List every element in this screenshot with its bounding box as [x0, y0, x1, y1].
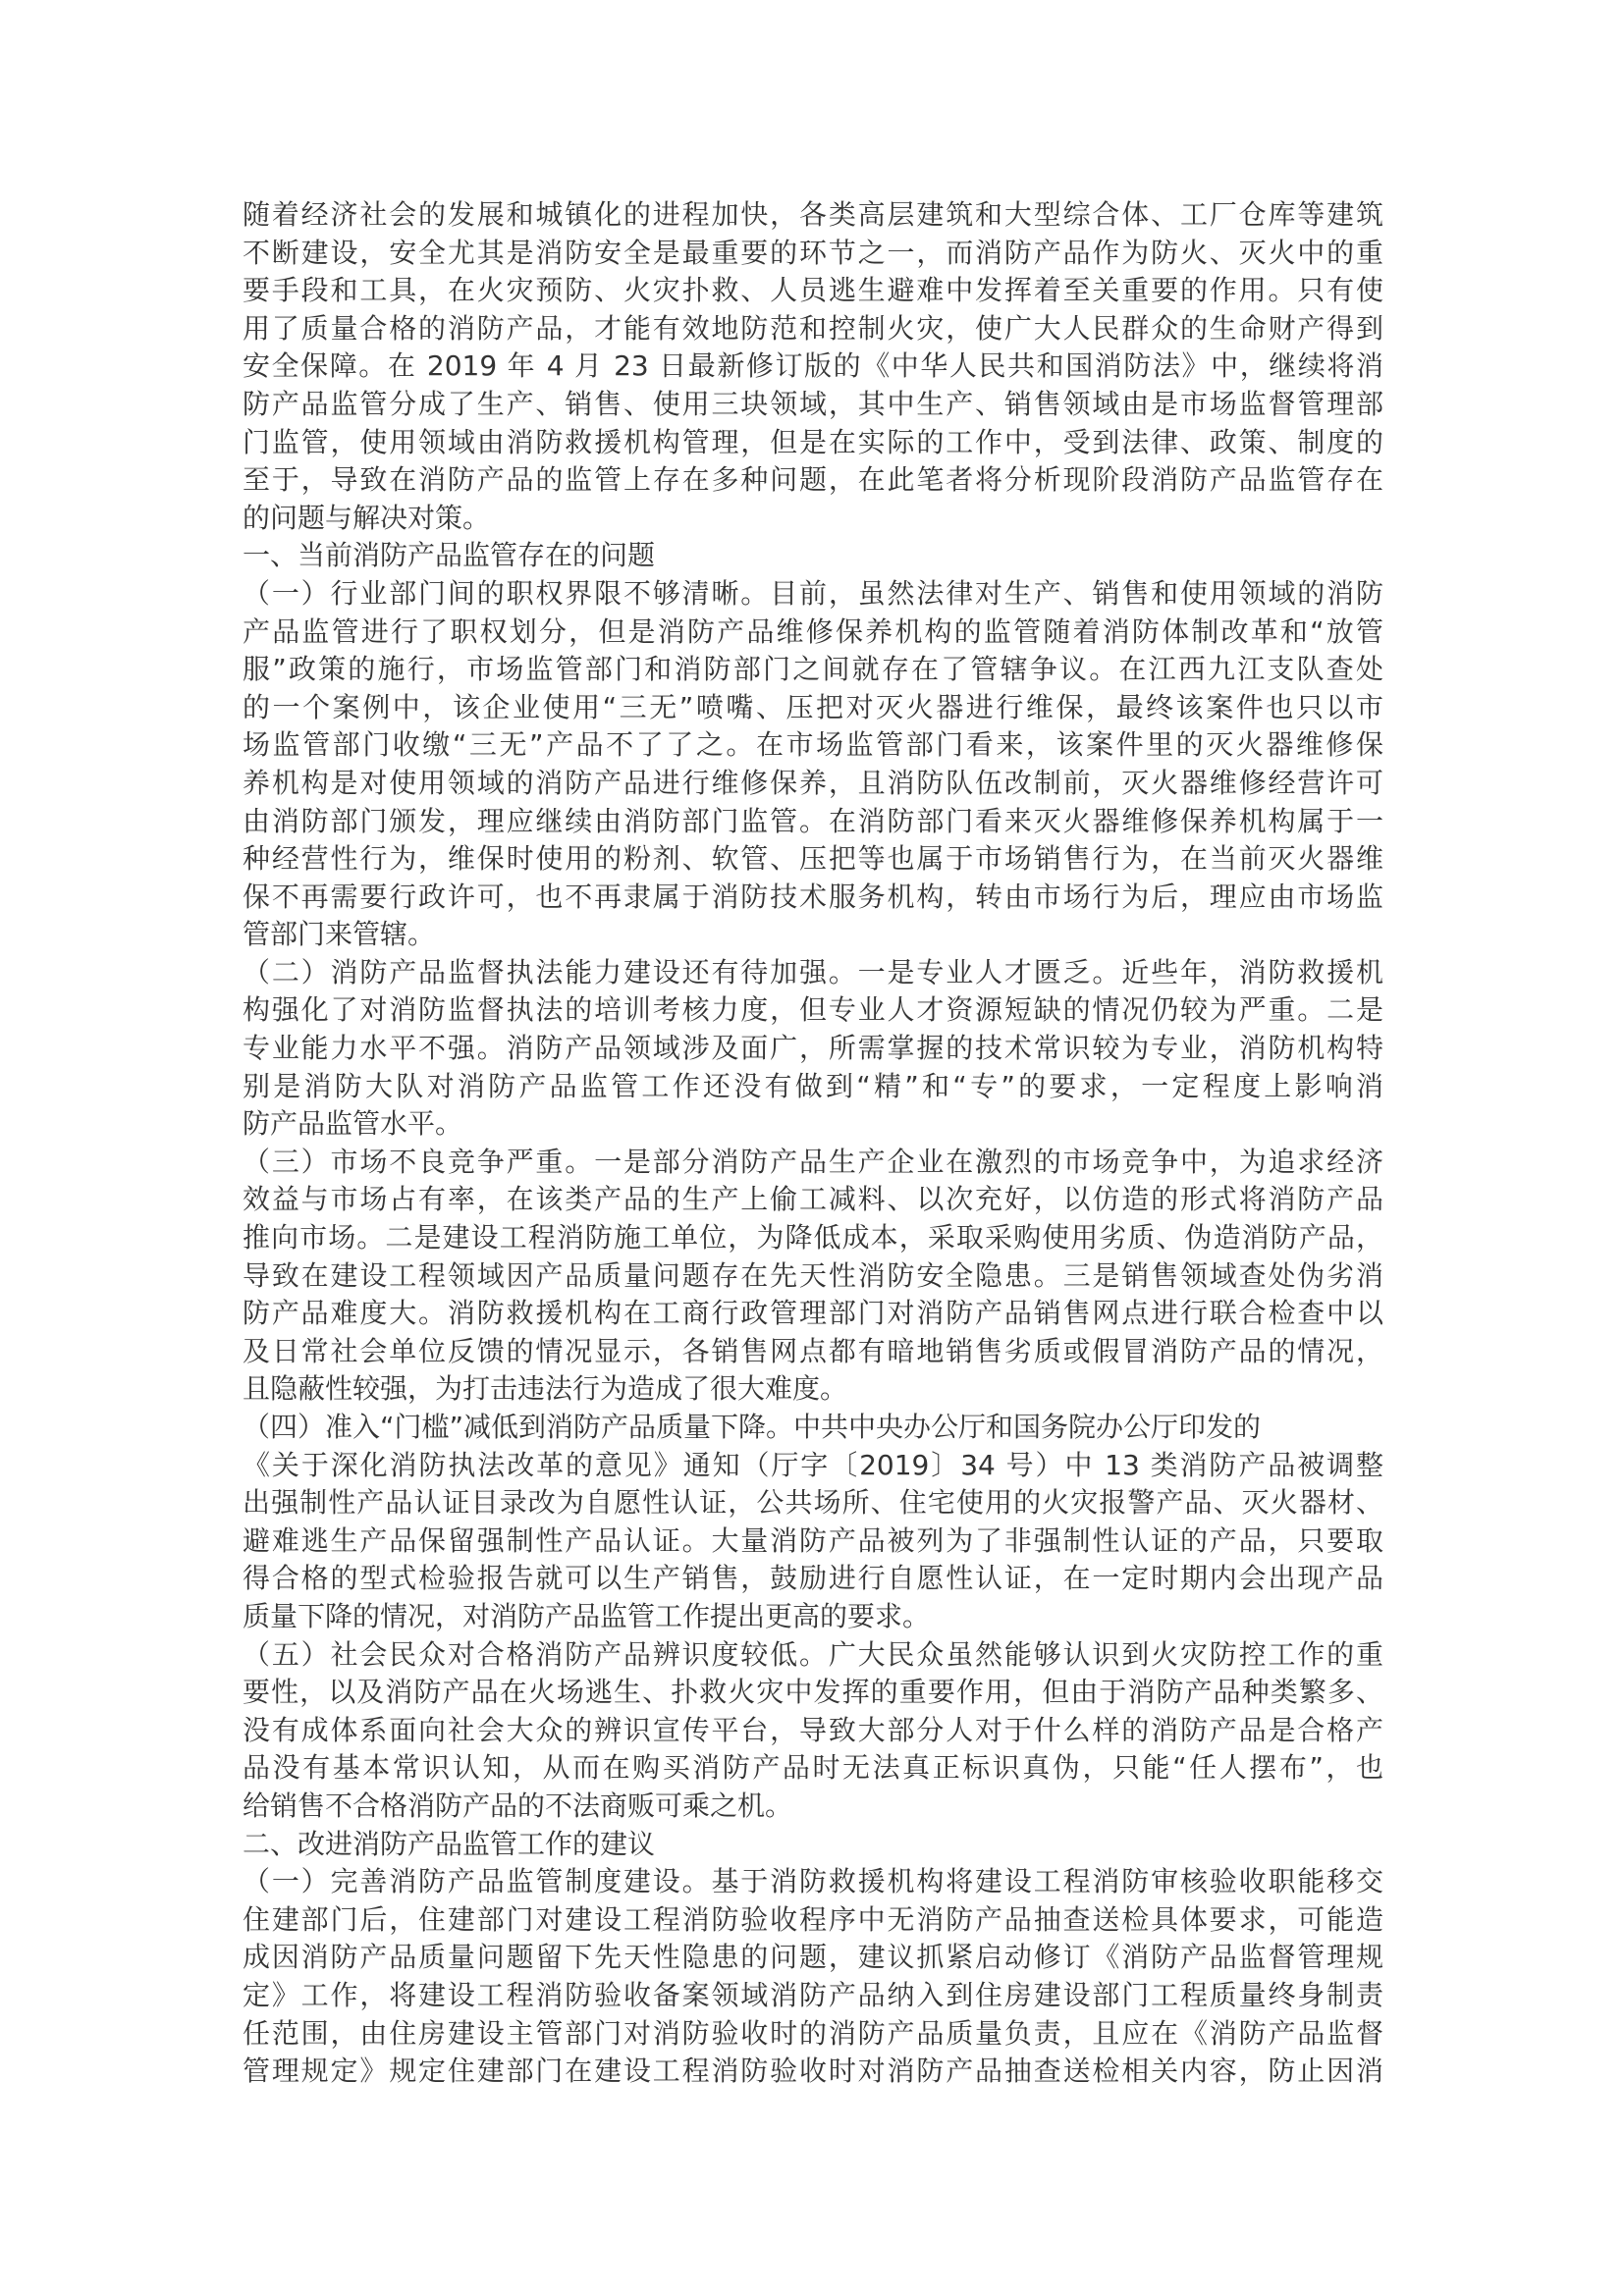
text-line: 避难逃生产品保留强制性产品认证。大量消防产品被列为了非强制性认证的产品，只要取	[243, 1522, 1383, 1561]
text-line: 推向市场。二是建设工程消防施工单位，为降低成本，采取采购使用劣质、伪造消防产品，	[243, 1219, 1383, 1257]
document-page: 随着经济社会的发展和城镇化的进程加快，各类高层建筑和大型综合体、工厂仓库等建筑 …	[243, 196, 1383, 2091]
section1-item-4: （四）准入“门槛”减低到消防产品质量下降。中共中央办公厅和国务院办公厅印发的 《…	[243, 1409, 1383, 1636]
intro-paragraph: 随着经济社会的发展和城镇化的进程加快，各类高层建筑和大型综合体、工厂仓库等建筑 …	[243, 196, 1383, 537]
text-line: 住建部门后，住建部门对建设工程消防验收程序中无消防产品抽查送检具体要求，可能造	[243, 1901, 1383, 1940]
text-line: 防产品难度大。消防救援机构在工商行政管理部门对消防产品销售网点进行联合检查中以	[243, 1295, 1383, 1333]
text-line: 不断建设，安全尤其是消防安全是最重要的环节之一，而消防产品作为防火、灭火中的重	[243, 235, 1383, 273]
text-line: （四）准入“门槛”减低到消防产品质量下降。中共中央办公厅和国务院办公厅印发的	[243, 1409, 1383, 1447]
text-line: 品没有基本常识认知，从而在购买消防产品时无法真正标识真伪，只能“任人摆布”，也	[243, 1749, 1383, 1788]
text-line: 场监管部门收缴“三无”产品不了了之。在市场监管部门看来，该案件里的灭火器维修保	[243, 726, 1383, 765]
text-line: 出强制性产品认证目录改为自愿性认证，公共场所、住宅使用的火灾报警产品、灭火器材、	[243, 1484, 1383, 1522]
text-line: 由消防部门颁发，理应继续由消防部门监管。在消防部门看来灭火器维修保养机构属于一	[243, 803, 1383, 841]
section1-item-5: （五）社会民众对合格消防产品辨识度较低。广大民众虽然能够认识到火灾防控工作的重 …	[243, 1636, 1383, 1826]
text-line: 随着经济社会的发展和城镇化的进程加快，各类高层建筑和大型综合体、工厂仓库等建筑	[243, 196, 1383, 235]
text-line: （一）行业部门间的职权界限不够清晰。目前，虽然法律对生产、销售和使用领域的消防	[243, 575, 1383, 614]
text-line: 得合格的型式检验报告就可以生产销售，鼓励进行自愿性认证，在一定时期内会出现产品	[243, 1560, 1383, 1598]
text-line: 要性，以及消防产品在火场逃生、扑救火灾中发挥的重要作用，但由于消防产品种类繁多、	[243, 1674, 1383, 1712]
text-line: 成因消防产品质量问题留下先天性隐患的问题，建议抓紧启动修订《消防产品监督管理规	[243, 1939, 1383, 1977]
section2-item-1: （一）完善消防产品监管制度建设。基于消防救援机构将建设工程消防审核验收职能移交 …	[243, 1863, 1383, 2091]
section-heading-2: 二、改进消防产品监管工作的建议	[243, 1826, 1383, 1864]
text-line: 种经营性行为，维保时使用的粉剂、软管、压把等也属于市场销售行为，在当前灭火器维	[243, 840, 1383, 879]
text-line: 门监管，使用领域由消防救援机构管理，但是在实际的工作中，受到法律、政策、制度的	[243, 424, 1383, 462]
text-line: 至于，导致在消防产品的监管上存在多种问题，在此笔者将分析现阶段消防产品监管存在	[243, 461, 1383, 500]
text-line: 防产品监管水平。	[243, 1105, 1383, 1144]
text-line: 保不再需要行政许可，也不再隶属于消防技术服务机构，转由市场行为后，理应由市场监	[243, 879, 1383, 917]
section-heading-1: 一、当前消防产品监管存在的问题	[243, 537, 1383, 575]
text-line: 的一个案例中，该企业使用“三无”喷嘴、压把对灭火器进行维保，最终该案件也只以市	[243, 689, 1383, 727]
text-line: 及日常社会单位反馈的情况显示，各销售网点都有暗地销售劣质或假冒消防产品的情况，	[243, 1333, 1383, 1371]
text-line: （五）社会民众对合格消防产品辨识度较低。广大民众虽然能够认识到火灾防控工作的重	[243, 1636, 1383, 1675]
text-line: 用了质量合格的消防产品，才能有效地防范和控制火灾，使广大人民群众的生命财产得到	[243, 310, 1383, 348]
text-line: （一）完善消防产品监管制度建设。基于消防救援机构将建设工程消防审核验收职能移交	[243, 1863, 1383, 1901]
text-line: 定》工作，将建设工程消防验收备案领域消防产品纳入到住房建设部门工程质量终身制责	[243, 1977, 1383, 2015]
text-line: 防产品监管分成了生产、销售、使用三块领域，其中生产、销售领域由是市场监督管理部	[243, 386, 1383, 424]
text-line: 构强化了对消防监督执法的培训考核力度，但专业人才资源短缺的情况仍较为严重。二是	[243, 991, 1383, 1030]
text-line: 且隐蔽性较强，为打击违法行为造成了很大难度。	[243, 1370, 1383, 1409]
text-line: （三）市场不良竞争严重。一是部分消防产品生产企业在激烈的市场竞争中，为追求经济	[243, 1144, 1383, 1182]
text-line: 的问题与解决对策。	[243, 500, 1383, 538]
text-line: 任范围，由住房建设主管部门对消防验收时的消防产品质量负责，且应在《消防产品监督	[243, 2015, 1383, 2054]
text-line: 要手段和工具，在火灾预防、火灾扑救、人员逃生避难中发挥着至关重要的作用。只有使	[243, 272, 1383, 310]
text-line: 安全保障。在 2019 年 4 月 23 日最新修订版的《中华人民共和国消防法》…	[243, 347, 1383, 386]
text-line: 质量下降的情况，对消防产品监管工作提出更高的要求。	[243, 1598, 1383, 1636]
text-line: 导致在建设工程领域因产品质量问题存在先天性消防安全隐患。三是销售领域查处伪劣消	[243, 1257, 1383, 1296]
text-line: 《关于深化消防执法改革的意见》通知（厅字〔2019〕34 号）中 13 类消防产…	[243, 1447, 1383, 1485]
text-line: 专业能力水平不强。消防产品领域涉及面广，所需掌握的技术常识较为专业，消防机构特	[243, 1030, 1383, 1068]
section1-item-3: （三）市场不良竞争严重。一是部分消防产品生产企业在激烈的市场竞争中，为追求经济 …	[243, 1144, 1383, 1409]
text-line: 管部门来管辖。	[243, 916, 1383, 954]
text-line: 别是消防大队对消防产品监管工作还没有做到“精”和“专”的要求，一定程度上影响消	[243, 1068, 1383, 1106]
text-line: 养机构是对使用领域的消防产品进行维修保养，且消防队伍改制前，灭火器维修经营许可	[243, 765, 1383, 803]
text-line: （二）消防产品监督执法能力建设还有待加强。一是专业人才匮乏。近些年，消防救援机	[243, 954, 1383, 992]
text-line: 服”政策的施行，市场监管部门和消防部门之间就存在了管辖争议。在江西九江支队查处	[243, 651, 1383, 689]
text-line: 效益与市场占有率，在该类产品的生产上偷工减料、以次充好，以仿造的形式将消防产品	[243, 1181, 1383, 1219]
text-line: 产品监管进行了职权划分，但是消防产品维修保养机构的监管随着消防体制改革和“放管	[243, 614, 1383, 652]
section1-item-2: （二）消防产品监督执法能力建设还有待加强。一是专业人才匮乏。近些年，消防救援机 …	[243, 954, 1383, 1144]
text-line: 给销售不合格消防产品的不法商贩可乘之机。	[243, 1788, 1383, 1826]
section1-item-1: （一）行业部门间的职权界限不够清晰。目前，虽然法律对生产、销售和使用领域的消防 …	[243, 575, 1383, 954]
text-line: 管理规定》规定住建部门在建设工程消防验收时对消防产品抽查送检相关内容，防止因消	[243, 2053, 1383, 2091]
text-line: 没有成体系面向社会大众的辨识宣传平台，导致大部分人对于什么样的消防产品是合格产	[243, 1712, 1383, 1750]
